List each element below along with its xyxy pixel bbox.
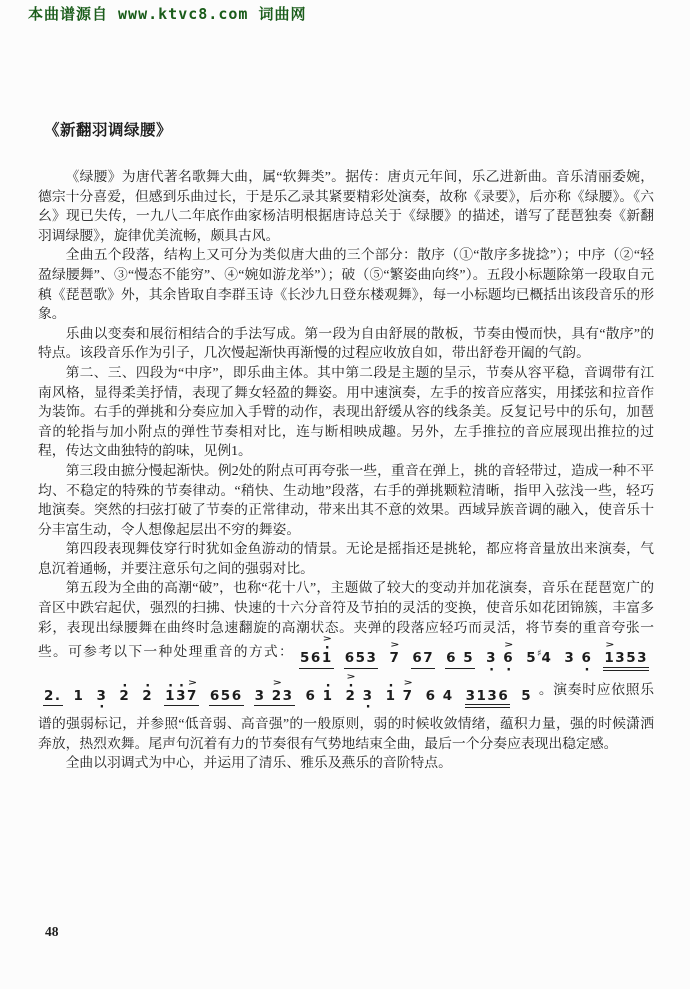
notation-note-group: 2. [43, 677, 63, 707]
paragraph-section2: 第二、三、四段为“中序”，即乐曲主体。其中第二段是主题的呈示，节奏从容平稳，音调… [38, 363, 654, 461]
notation-note-group: 1>353 [603, 639, 649, 671]
notation-note-group: 7> [388, 639, 401, 675]
notation-note-group: 5♯4 [525, 637, 553, 675]
paragraph-section1: 乐曲以变奏和展衍相结合的手法写成。第一段为自由舒展的散板，节奏由慢而快，具有“散… [38, 324, 654, 363]
notation-note-group: 3· [95, 677, 108, 713]
paragraph-section3: 第三段由摭分慢起渐快。例2处的附点可再夸张一些，重音在弹上，挑的音轻带过，造成一… [38, 461, 654, 539]
notation-note-group: 656 [209, 677, 244, 707]
scanned-document-page: 本曲谱源自 www.ktvc8.com 词曲网 《新翻羽调绿腰》 《绿腰》为唐代… [0, 0, 690, 989]
notation-note-group: 67 [411, 639, 435, 669]
notation-note-group: 6 5 [445, 639, 475, 669]
article-body: 《新翻羽调绿腰》 《绿腰》为唐代著名歌舞大曲，属“软舞类”。据传：唐贞元年间，乐… [38, 118, 654, 773]
source-watermark: 本曲谱源自 www.ktvc8.com 词曲网 [28, 3, 306, 24]
paragraph-section4: 第四段表现舞伎穿行时犹如金鱼游动的情景。无论是摇指还是挑轮，都应将音量放出来演奏… [38, 539, 654, 578]
page-number: 48 [45, 924, 59, 940]
notation-note-group: 1 [73, 677, 86, 713]
notation-note-group: 653 [344, 639, 379, 669]
notation-note-group: 2· [118, 677, 131, 713]
paragraph-structure: 全曲五个段落，结构上又可分为类似唐大曲的三个部分：散序（①“散序多拢捻”）；中序… [38, 245, 654, 323]
notation-note-group: 2· [141, 677, 154, 713]
notation-note-group: 3· 6>· [485, 639, 515, 675]
notation-note-group: 6 1· [305, 677, 335, 713]
notation-note-group: 1· 7> [385, 677, 415, 713]
notation-note-group: 1·3·7> [164, 677, 199, 707]
paragraph-section5: 第五段为全曲的高潮“破”，也称“花十八”，主题做了较大的变动并加花演奏，音乐在琵… [38, 578, 654, 753]
paragraph-intro: 《绿腰》为唐代著名歌舞大曲，属“软舞类”。据传：唐贞元年间，乐乙进新曲。音乐清丽… [38, 167, 654, 245]
notation-note-group: 3136 [465, 677, 511, 709]
notation-note-group: 6 4 [425, 677, 455, 713]
piece-title: 《新翻羽调绿腰》 [44, 118, 654, 140]
paragraph-closing: 全曲以羽调式为中心，并运用了清乐、雅乐及燕乐的音阶特点。 [38, 753, 654, 773]
notation-note-group: 5 [520, 677, 533, 713]
notation-note-group: 2>· 3· [345, 677, 375, 713]
notation-note-group: 3 6· [563, 639, 593, 675]
notation-note-group: 3 2>3 [254, 677, 295, 707]
notation-note-group: 561>· [299, 639, 334, 669]
